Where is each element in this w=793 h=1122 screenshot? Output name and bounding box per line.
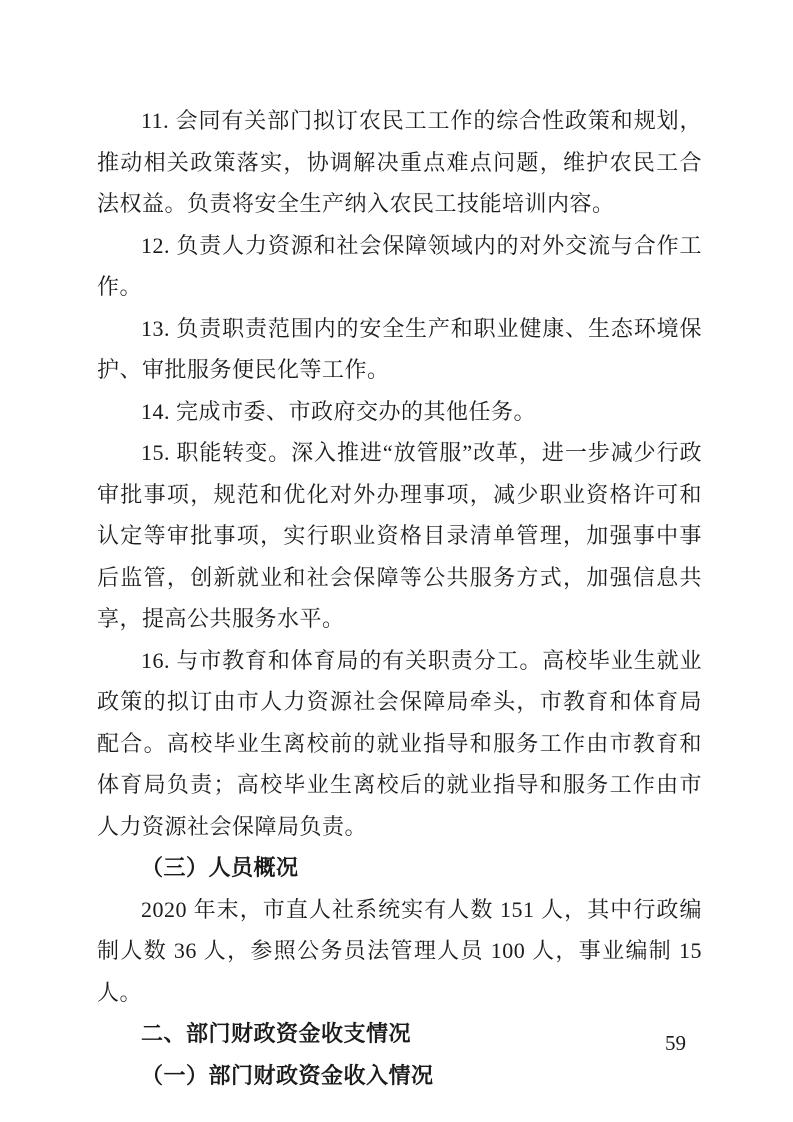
subsection-heading-fiscal-income: （一）部门财政资金收入情况 xyxy=(97,1055,702,1097)
paragraph-item-11: 11. 会同有关部门拟订农民工工作的综合性政策和规划，推动相关政策落实，协调解决… xyxy=(97,100,702,225)
paragraph-item-16: 16. 与市教育和体育局的有关职责分工。高校毕业生就业政策的拟订由市人力资源社会… xyxy=(97,640,702,848)
page-number: 59 xyxy=(665,1029,686,1057)
paragraph-item-13: 13. 负责职责范围内的安全生产和职业健康、生态环境保护、审批服务便民化等工作。 xyxy=(97,308,702,391)
paragraph-personnel-statistics: 2020 年末，市直人社系统实有人数 151 人，其中行政编制人数 36 人，参… xyxy=(97,889,702,1014)
paragraph-item-14: 14. 完成市委、市政府交办的其他任务。 xyxy=(97,391,702,433)
subsection-heading-personnel-overview: （三）人员概况 xyxy=(97,847,702,889)
document-body: 11. 会同有关部门拟订农民工工作的综合性政策和规划，推动相关政策落实，协调解决… xyxy=(97,100,702,1096)
paragraph-item-12: 12. 负责人力资源和社会保障领域内的对外交流与合作工作。 xyxy=(97,225,702,308)
section-heading-fiscal-funds: 二、部门财政资金收支情况 xyxy=(97,1013,702,1055)
document-page: 11. 会同有关部门拟订农民工工作的综合性政策和规划，推动相关政策落实，协调解决… xyxy=(0,0,793,1122)
paragraph-item-15: 15. 职能转变。深入推进“放管服”改革，进一步减少行政审批事项，规范和优化对外… xyxy=(97,432,702,640)
